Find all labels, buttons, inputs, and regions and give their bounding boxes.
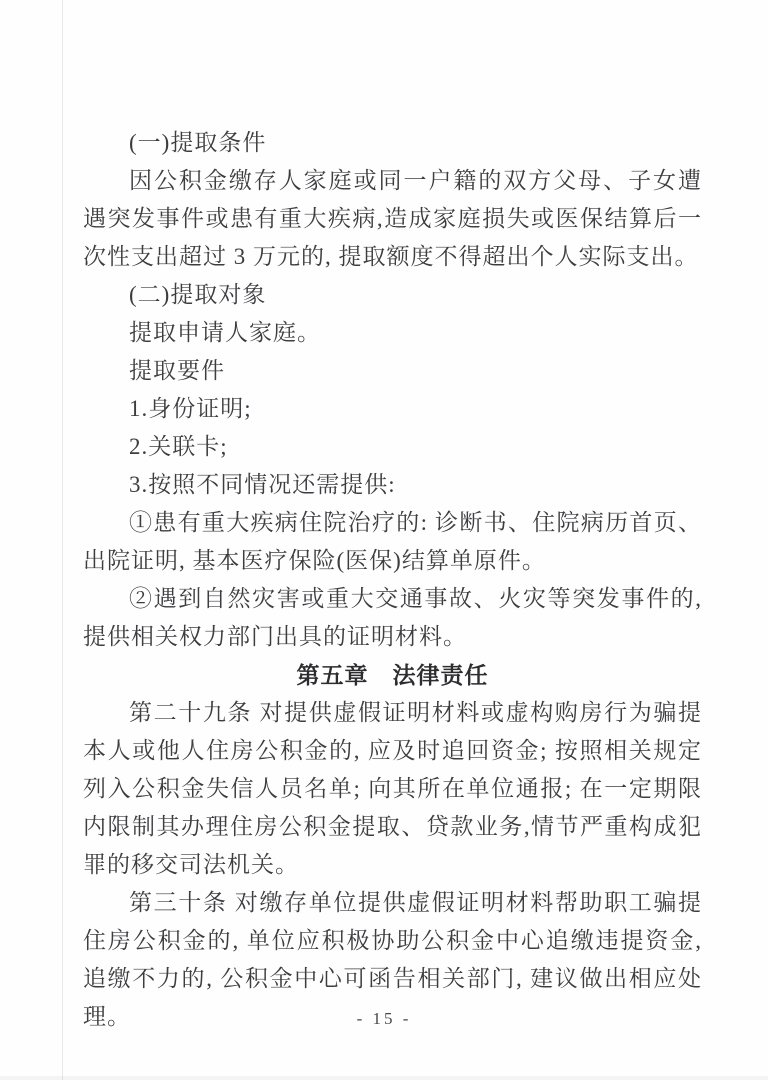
scan-artifact-bottom-edge	[0, 1076, 768, 1080]
para-requirement-2: 2.关联卡;	[83, 428, 702, 466]
scan-artifact-vertical-line	[62, 0, 63, 1080]
para-withdrawal-conditions: 因公积金缴存人家庭或同一户籍的双方父母、子女遭遇突发事件或患有重大疾病,造成家庭…	[83, 162, 702, 276]
para-article-29: 第二十九条 对提供虚假证明材料或虚构购房行为骗提本人或他人住房公积金的, 应及时…	[83, 694, 702, 884]
para-requirement-3: 3.按照不同情况还需提供:	[83, 466, 702, 504]
page-number: - 15 -	[0, 1004, 768, 1034]
para-case-illness: ①患有重大疾病住院治疗的: 诊断书、住院病历首页、出院证明, 基本医疗保险(医保…	[83, 504, 702, 580]
para-withdrawal-requirements-label: 提取要件	[83, 352, 702, 390]
document-page-body: (一)提取条件 因公积金缴存人家庭或同一户籍的双方父母、子女遭遇突发事件或患有重…	[83, 124, 702, 1036]
chapter-heading-legal-liability: 第五章 法律责任	[83, 656, 702, 694]
para-case-disaster: ②遇到自然灾害或重大交通事故、火灾等突发事件的, 提供相关权力部门出具的证明材料…	[83, 580, 702, 656]
heading-withdrawal-target: (二)提取对象	[83, 276, 702, 314]
para-requirement-1: 1.身份证明;	[83, 390, 702, 428]
para-withdrawal-target: 提取申请人家庭。	[83, 314, 702, 352]
heading-withdrawal-conditions: (一)提取条件	[83, 124, 702, 162]
